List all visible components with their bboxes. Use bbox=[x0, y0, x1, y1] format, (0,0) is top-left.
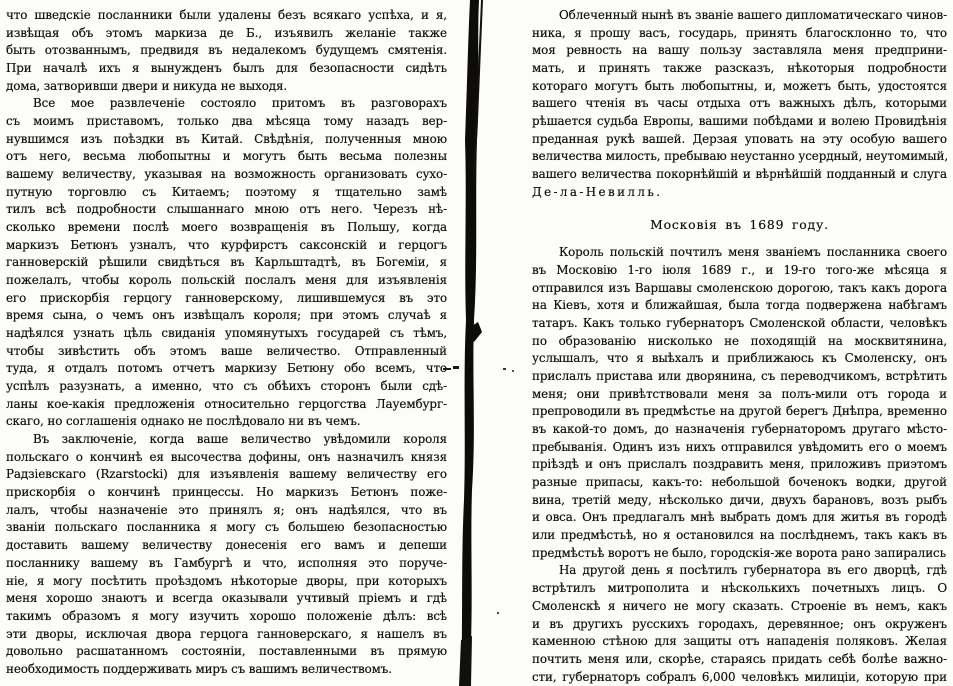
text-line: время сына, о чемъ онъ извѣщалъ короля; … bbox=[6, 307, 447, 325]
text-line: Все мое развлеченіе состояло притомъ въ … bbox=[6, 95, 447, 113]
left-page-text: что шведскіе посланники были удалены без… bbox=[6, 7, 447, 679]
scan-dash-artifact bbox=[453, 366, 459, 369]
scan-speck bbox=[512, 370, 514, 372]
text-line: прискорбія о кончинѣ принцессы. Но марки… bbox=[6, 484, 447, 502]
right-page-text-bottom: Король польскій почтилъ меня званіемъ по… bbox=[532, 244, 947, 686]
text-line: пребыванія. Одинъ изъ нихъ отправился ув… bbox=[532, 439, 947, 457]
text-line: успѣлъ разузнать, а именно, что съ обѣих… bbox=[6, 378, 447, 396]
text-line: на Кіевъ, хотя и ближайшая, была тогда п… bbox=[532, 297, 947, 315]
text-line: преданная рукѣ вашей. Дерзая уповать на … bbox=[532, 131, 947, 149]
text-line: и овса. Онъ предлагалъ мнѣ выбрать домъ … bbox=[532, 509, 947, 527]
text-line: татаръ. Какъ только губернаторъ Смоленск… bbox=[532, 315, 947, 333]
scan-speck bbox=[497, 612, 499, 614]
paragraph: Въ заключеніе, когда ваше величество увѣ… bbox=[6, 431, 447, 678]
text-line: посланнику вашему въ Гамбургѣ и что, исп… bbox=[6, 555, 447, 573]
text-line: маркизъ Бетюнъ узналъ, что курфирстъ сак… bbox=[6, 237, 447, 255]
text-line: вашего чтенія въ часы отдыха отъ важныхъ… bbox=[532, 95, 947, 113]
text-line: туда, я отдалъ потомъ отчетъ маркизу Бет… bbox=[6, 360, 447, 378]
text-line: вашему величеству, указывая на возможнос… bbox=[6, 166, 447, 184]
text-line: пожелалъ, чтобы король польскій послалъ … bbox=[6, 272, 447, 290]
book-scan: что шведскіе посланники были удалены без… bbox=[0, 0, 953, 686]
text-line: рѣшается судьба Европы, вашими побѣдами … bbox=[532, 113, 947, 131]
paragraph: Все мое развлеченіе состояло притомъ въ … bbox=[6, 95, 447, 431]
scan-speck bbox=[503, 368, 506, 370]
text-line: сти, губернаторъ собралъ 6,000 человѣкъ … bbox=[532, 669, 947, 686]
text-line: путную торговлю съ Китаемъ; поэтому я тщ… bbox=[6, 184, 447, 202]
text-line: по образованію нисколько не походящій на… bbox=[532, 333, 947, 351]
text-line: или предмѣстьѣ, но я остановился на посл… bbox=[532, 527, 947, 545]
text-line: вашего величества покорнѣйшій и вѣрнѣйші… bbox=[532, 166, 947, 184]
text-line: необходимость поддерживать миръ съ вашим… bbox=[6, 661, 447, 679]
text-line: На другой день я посѣтилъ губернатора въ… bbox=[532, 562, 947, 580]
text-line: Смоленскѣ я ничего не могу сказать. Стро… bbox=[532, 598, 947, 616]
text-line: такимъ образомъ я могу изучить хорошо по… bbox=[6, 608, 447, 626]
text-line: ланы кое-какія предложенія относительно … bbox=[6, 396, 447, 414]
text-line: предмѣстьѣ воротъ не было, городскія-же … bbox=[532, 545, 947, 563]
text-line: При началѣ ихъ я вынужденъ былъ для безо… bbox=[6, 60, 447, 78]
text-line: Облеченный нынѣ въ званіе вашего диплома… bbox=[532, 7, 947, 25]
text-line: его прискорбія герцогу ганноверскому, ли… bbox=[6, 290, 447, 308]
text-line: тилъ всѣ подробности слышаннаго мною отъ… bbox=[6, 201, 447, 219]
text-line: ника, я прошу васъ, государь, принять бл… bbox=[532, 25, 947, 43]
text-line: польскаго о кончинѣ ея высочества дофины… bbox=[6, 449, 447, 467]
text-line: чтобы зивѣстить объ этомъ ваше величеств… bbox=[6, 343, 447, 361]
text-line: дома, затворивши двери и никуда не выход… bbox=[6, 78, 447, 96]
gutter-band bbox=[461, 0, 479, 686]
text-line: разные припасы, какъ-то: небольшой бочен… bbox=[532, 474, 947, 492]
text-line: Король польскій почтилъ меня званіемъ по… bbox=[532, 244, 947, 262]
paragraph: Облеченный нынѣ въ званіе вашего диплома… bbox=[532, 7, 947, 201]
text-line: въ какой-то домъ, до назначенія губернат… bbox=[532, 421, 947, 439]
text-line: пріѣздѣ и онъ прислалъ поздравить меня, … bbox=[532, 456, 947, 474]
text-line: величества милость, пребываю неустанно у… bbox=[532, 148, 947, 166]
paragraph: На другой день я посѣтилъ губернатора въ… bbox=[532, 562, 947, 686]
text-line: званіи польскаго посланника я могу съ бо… bbox=[6, 519, 447, 537]
text-line: мать, и принять также разсказъ, нѣкоторы… bbox=[532, 60, 947, 78]
text-line: моя ревность на вашу пользу заставляла м… bbox=[532, 42, 947, 60]
text-line: Въ заключеніе, когда ваше величество увѣ… bbox=[6, 431, 447, 449]
text-line: что шведскіе посланники были удалены без… bbox=[6, 7, 447, 25]
text-line: довольно расшатанномъ состояніи, поставл… bbox=[6, 643, 447, 661]
text-line: меня хорошо знаютъ и всегда оказывали уч… bbox=[6, 590, 447, 608]
text-line: скаго, но соглашенія однако не послѣдова… bbox=[6, 413, 447, 431]
text-line: услышалъ, что я выѣхалъ и приближаюсь къ… bbox=[532, 350, 947, 368]
text-line: нувшимся изъ поѣздки въ Китай. Свѣдѣнія,… bbox=[6, 131, 447, 149]
gutter-bottom-smudge bbox=[459, 636, 472, 686]
text-line: въ Московію 1-го іюля 1689 г., и 19-го т… bbox=[532, 262, 947, 280]
text-line: встрѣтилъ митрополита и нѣсколькихъ поче… bbox=[532, 580, 947, 598]
text-line: извѣщая объ этомъ маркиза де Б., изъявил… bbox=[6, 25, 447, 43]
text-line: надѣялся узнать цѣль свиданія упомянутых… bbox=[6, 325, 447, 343]
text-line: каменною стѣною для защиты отъ нападенія… bbox=[532, 633, 947, 651]
text-line: быть отозваннымъ, предвидя въ недалекомъ… bbox=[6, 42, 447, 60]
text-line: отправился изъ Варшавы смоленскою дорого… bbox=[532, 280, 947, 298]
text-line: отъ него, весьма любопытны и могутъ быть… bbox=[6, 148, 447, 166]
text-line: почтить меня или, скорѣе, стараясь прида… bbox=[532, 651, 947, 669]
text-line: ніе, я могу посѣтить проѣздомъ нѣкоторые… bbox=[6, 573, 447, 591]
paragraph: Король польскій почтилъ меня званіемъ по… bbox=[532, 244, 947, 562]
text-line: вина, третій меду, нѣсколько дичи, двухъ… bbox=[532, 492, 947, 510]
text-line: Радзіевскаго (Rzarstocki) для изъявленія… bbox=[6, 466, 447, 484]
binding-gutter bbox=[448, 0, 492, 686]
paragraph: что шведскіе посланники были удалены без… bbox=[6, 7, 447, 95]
text-line: съ моимъ приставомъ, только два мѣсяца т… bbox=[6, 113, 447, 131]
text-line: сколько времени послѣ моего возвращенія … bbox=[6, 219, 447, 237]
right-page-text-top: Облеченный нынѣ въ званіе вашего диплома… bbox=[532, 7, 947, 201]
text-line: доставить вашему величеству донесенія ег… bbox=[6, 537, 447, 555]
text-line: эти дворы, исключая двора герцога ганнов… bbox=[6, 626, 447, 644]
right-page: Облеченный нынѣ въ званіе вашего диплома… bbox=[532, 7, 947, 686]
text-line: препроводили въ предмѣстье на другой бер… bbox=[532, 403, 947, 421]
text-line: лалъ, чтобы назначеніе это принялъ я; он… bbox=[6, 502, 447, 520]
text-line: и въ другихъ русскихъ городахъ, деревянн… bbox=[532, 616, 947, 634]
left-page: что шведскіе посланники были удалены без… bbox=[6, 7, 447, 679]
scan-dash-artifact bbox=[443, 368, 451, 370]
text-line: Де-ла-Невилль. bbox=[532, 184, 947, 202]
text-line: котораго могутъ быть любопытны, и, может… bbox=[532, 78, 947, 96]
text-line: ганноверскій рѣшили свидѣться въ Карльшт… bbox=[6, 254, 447, 272]
text-line: меня; они привѣтствовали меня за полъ-ми… bbox=[532, 386, 947, 404]
text-line: прислалъ пристава или дворянина, съ пере… bbox=[532, 368, 947, 386]
section-heading: Московія въ 1689 году. bbox=[532, 216, 947, 233]
